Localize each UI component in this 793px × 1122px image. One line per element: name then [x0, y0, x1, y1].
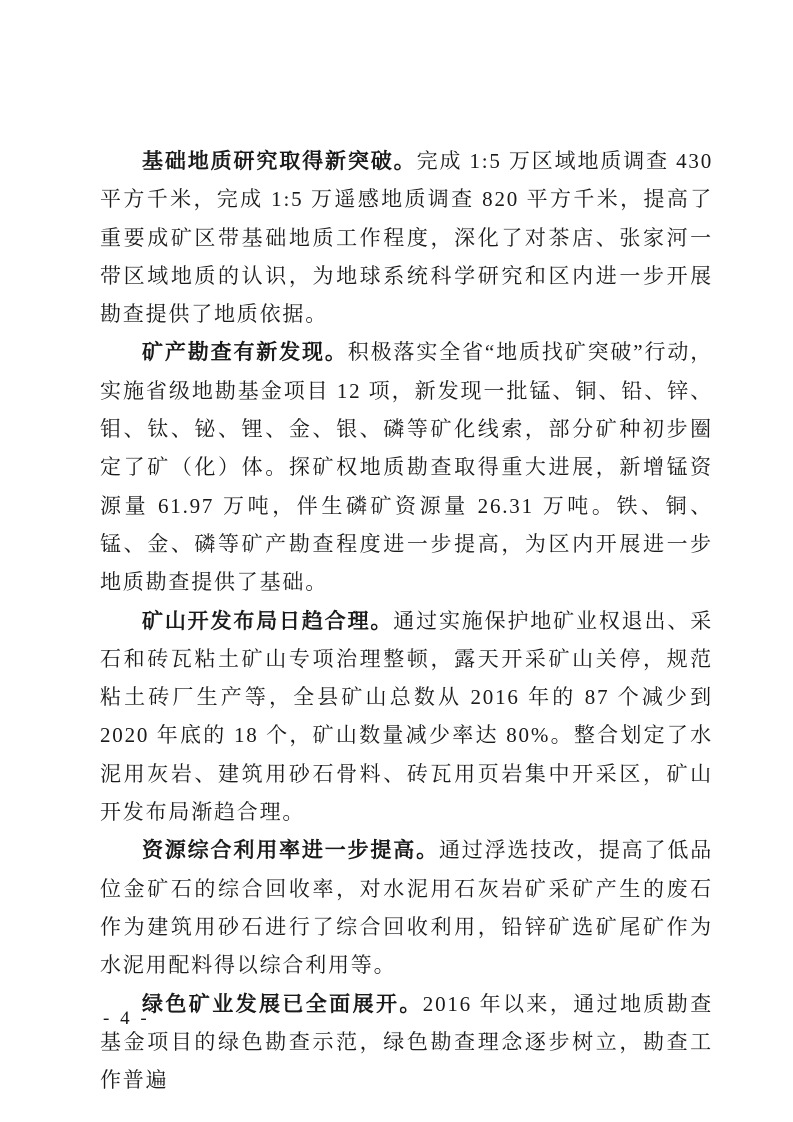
paragraph-text: 完成 1:5 万区域地质调查 430 平方千米，完成 1:5 万遥感地质调查 8… — [100, 149, 713, 326]
paragraph-lead: 基础地质研究取得新突破。 — [142, 149, 417, 173]
document-page: 基础地质研究取得新突破。完成 1:5 万区域地质调查 430 平方千米，完成 1… — [0, 0, 793, 1122]
paragraph-lead: 绿色矿业发展已全面展开。 — [142, 992, 423, 1016]
paragraph-lead: 矿产勘查有新发现。 — [142, 340, 348, 364]
paragraph-mine-development-layout: 矿山开发布局日趋合理。通过实施保护地矿业权退出、采石和砖瓦粘土矿山专项治理整顿，… — [100, 602, 713, 832]
paragraph-lead: 资源综合利用率进一步提高。 — [142, 838, 439, 862]
paragraph-basic-geology: 基础地质研究取得新突破。完成 1:5 万区域地质调查 430 平方千米，完成 1… — [100, 142, 713, 333]
paragraph-text: 积极落实全省“地质找矿突破”行动，实施省级地勘基金项目 12 项，新发现一批锰、… — [100, 340, 713, 594]
paragraph-green-mining: 绿色矿业发展已全面展开。2016 年以来，通过地质勘查基金项目的绿色勘查示范，绿… — [100, 985, 713, 1100]
paragraph-text: 通过实施保护地矿业权退出、采石和砖瓦粘土矿山专项治理整顿，露天开采矿山关停，规范… — [100, 609, 713, 824]
document-body: 基础地质研究取得新突破。完成 1:5 万区域地质调查 430 平方千米，完成 1… — [100, 142, 713, 1099]
paragraph-lead: 矿山开发布局日趋合理。 — [142, 609, 393, 633]
paragraph-mineral-exploration: 矿产勘查有新发现。积极落实全省“地质找矿突破”行动，实施省级地勘基金项目 12 … — [100, 333, 713, 601]
page-number: - 4 - — [103, 1008, 150, 1030]
paragraph-resource-utilization: 资源综合利用率进一步提高。通过浮选技改，提高了低品位金矿石的综合回收率，对水泥用… — [100, 831, 713, 984]
